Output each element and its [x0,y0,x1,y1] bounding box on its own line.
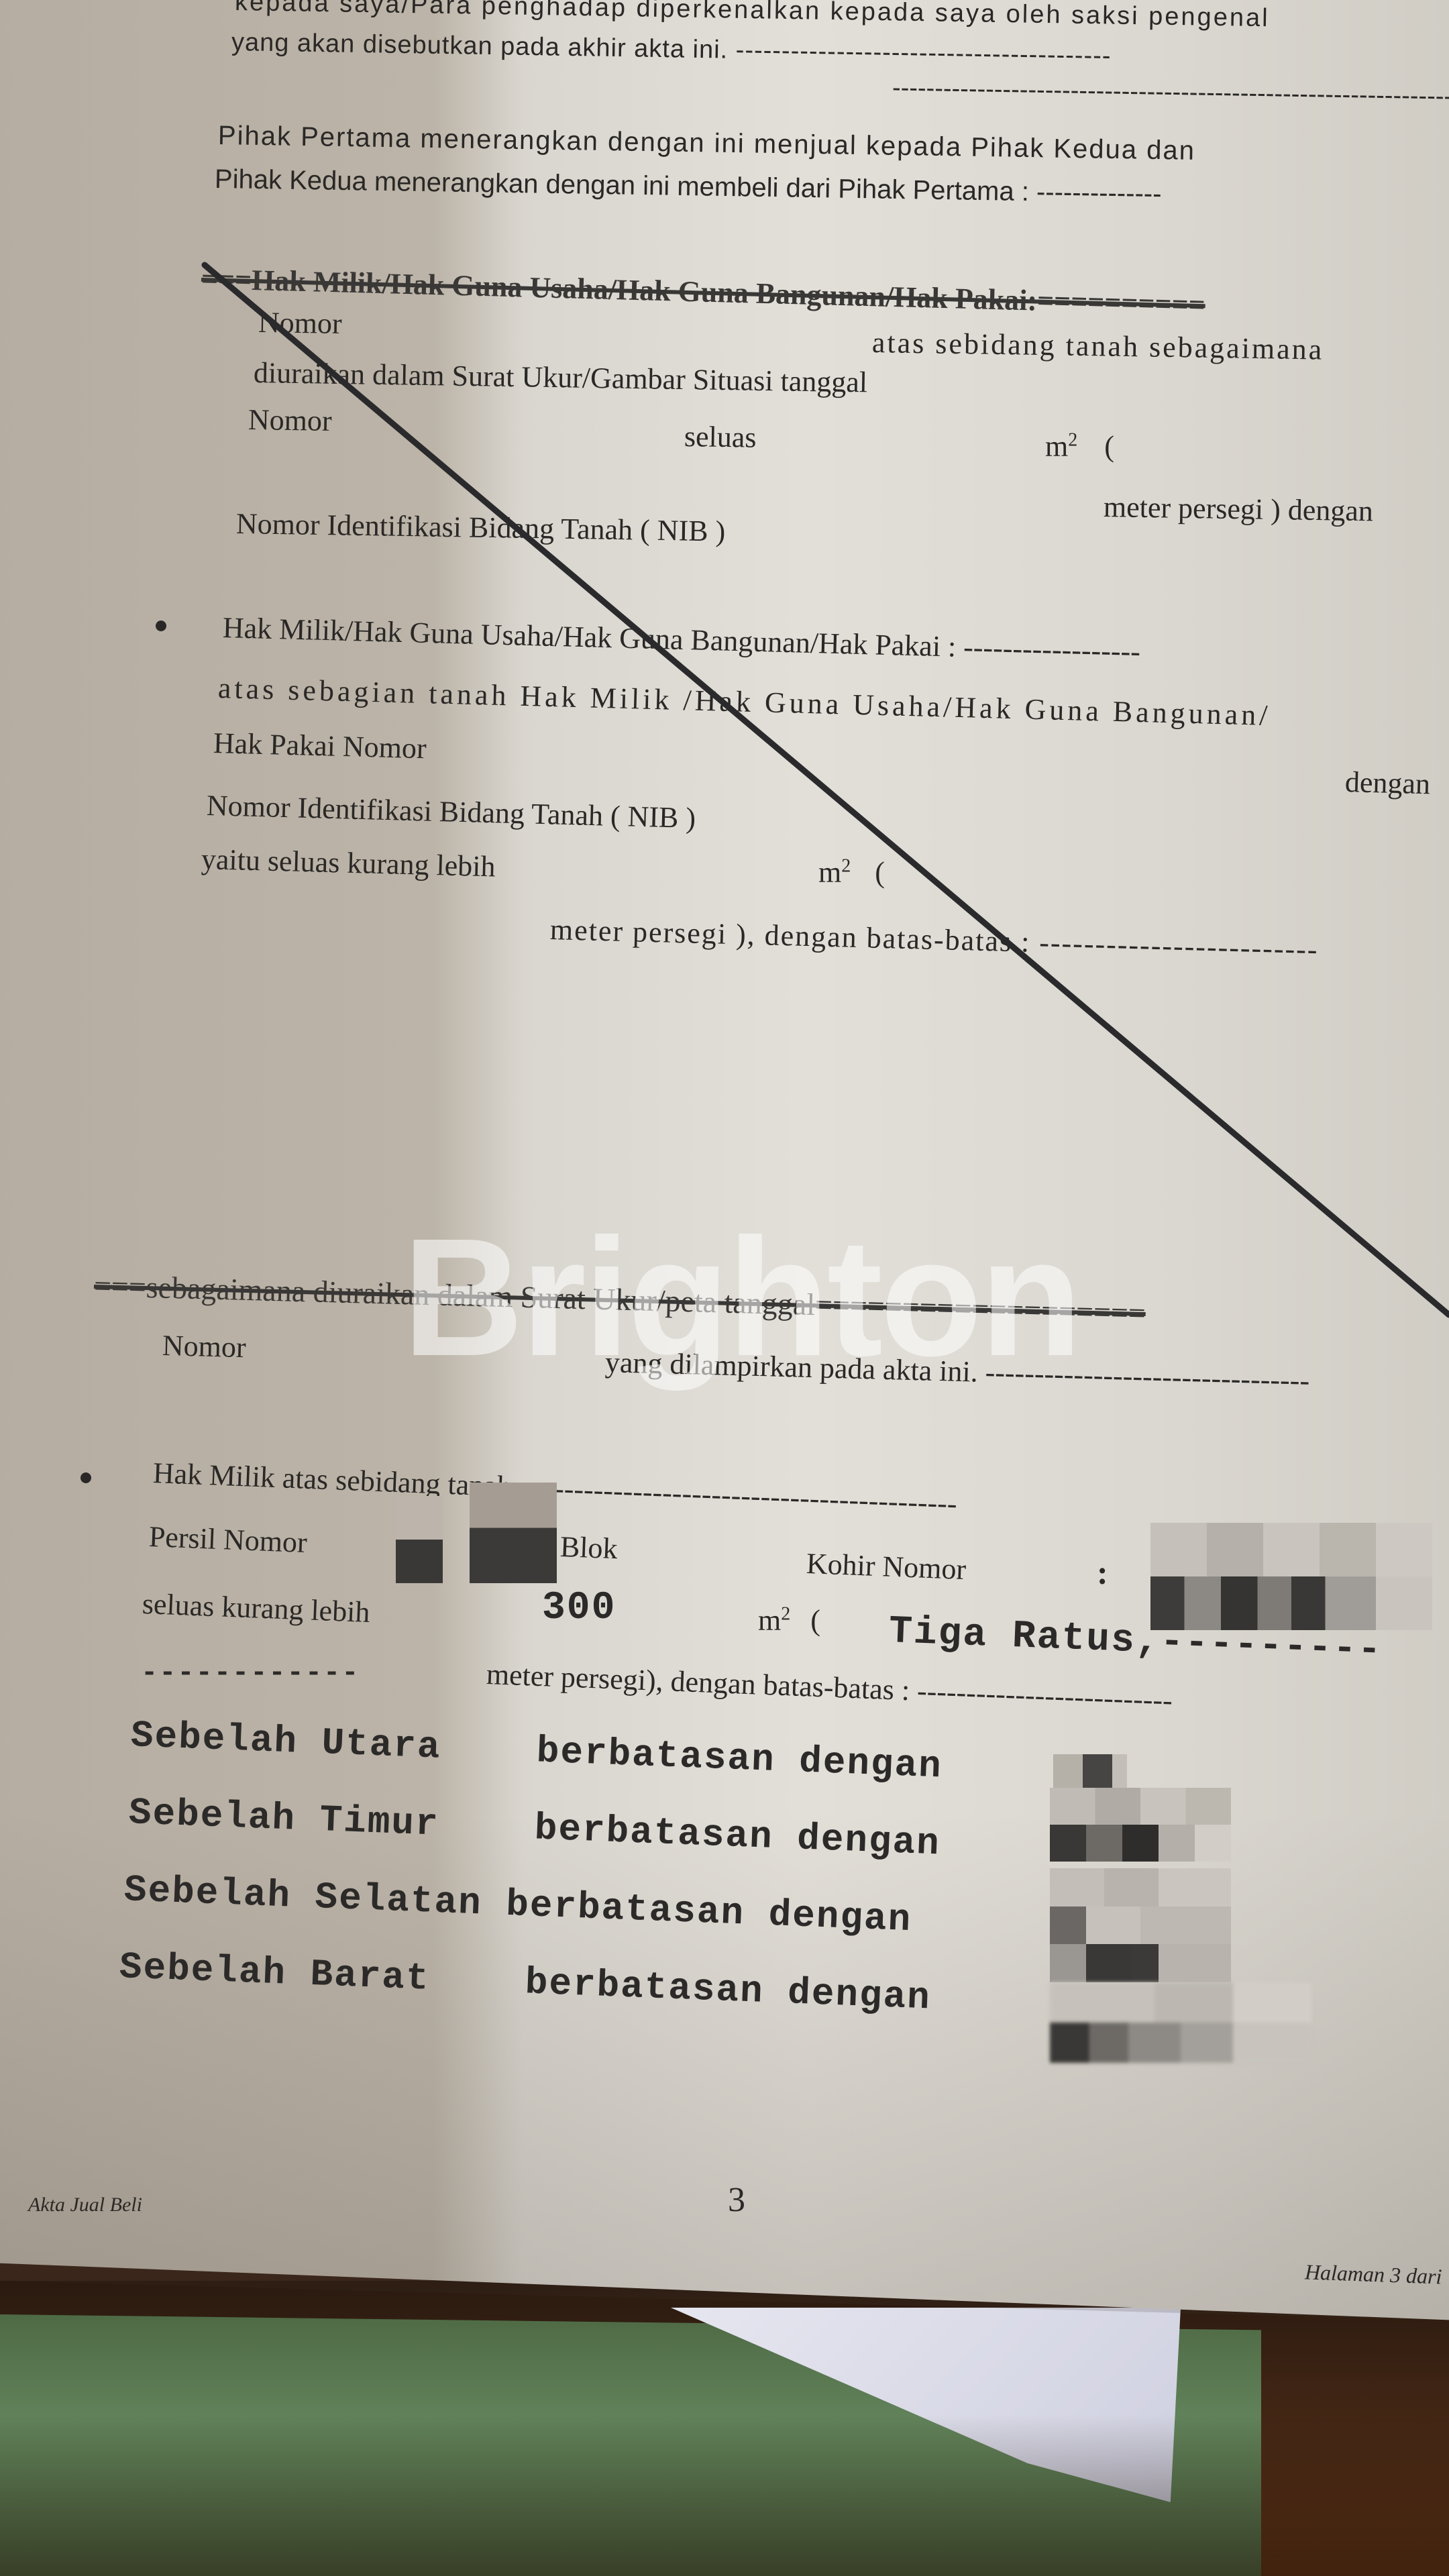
footer-page-number: 3 [728,2180,745,2220]
cancellation-strike-line [0,0,1449,2308]
footer-document-type: Akta Jual Beli [28,2194,142,2216]
footer-page-of: Halaman 3 dari [1304,2259,1442,2289]
deed-document: kepada saya/Para penghadap diperkenalkan… [0,0,1449,2308]
brighton-watermark: Brighton [402,1201,1079,1393]
bottom-shadow [0,2415,1449,2576]
